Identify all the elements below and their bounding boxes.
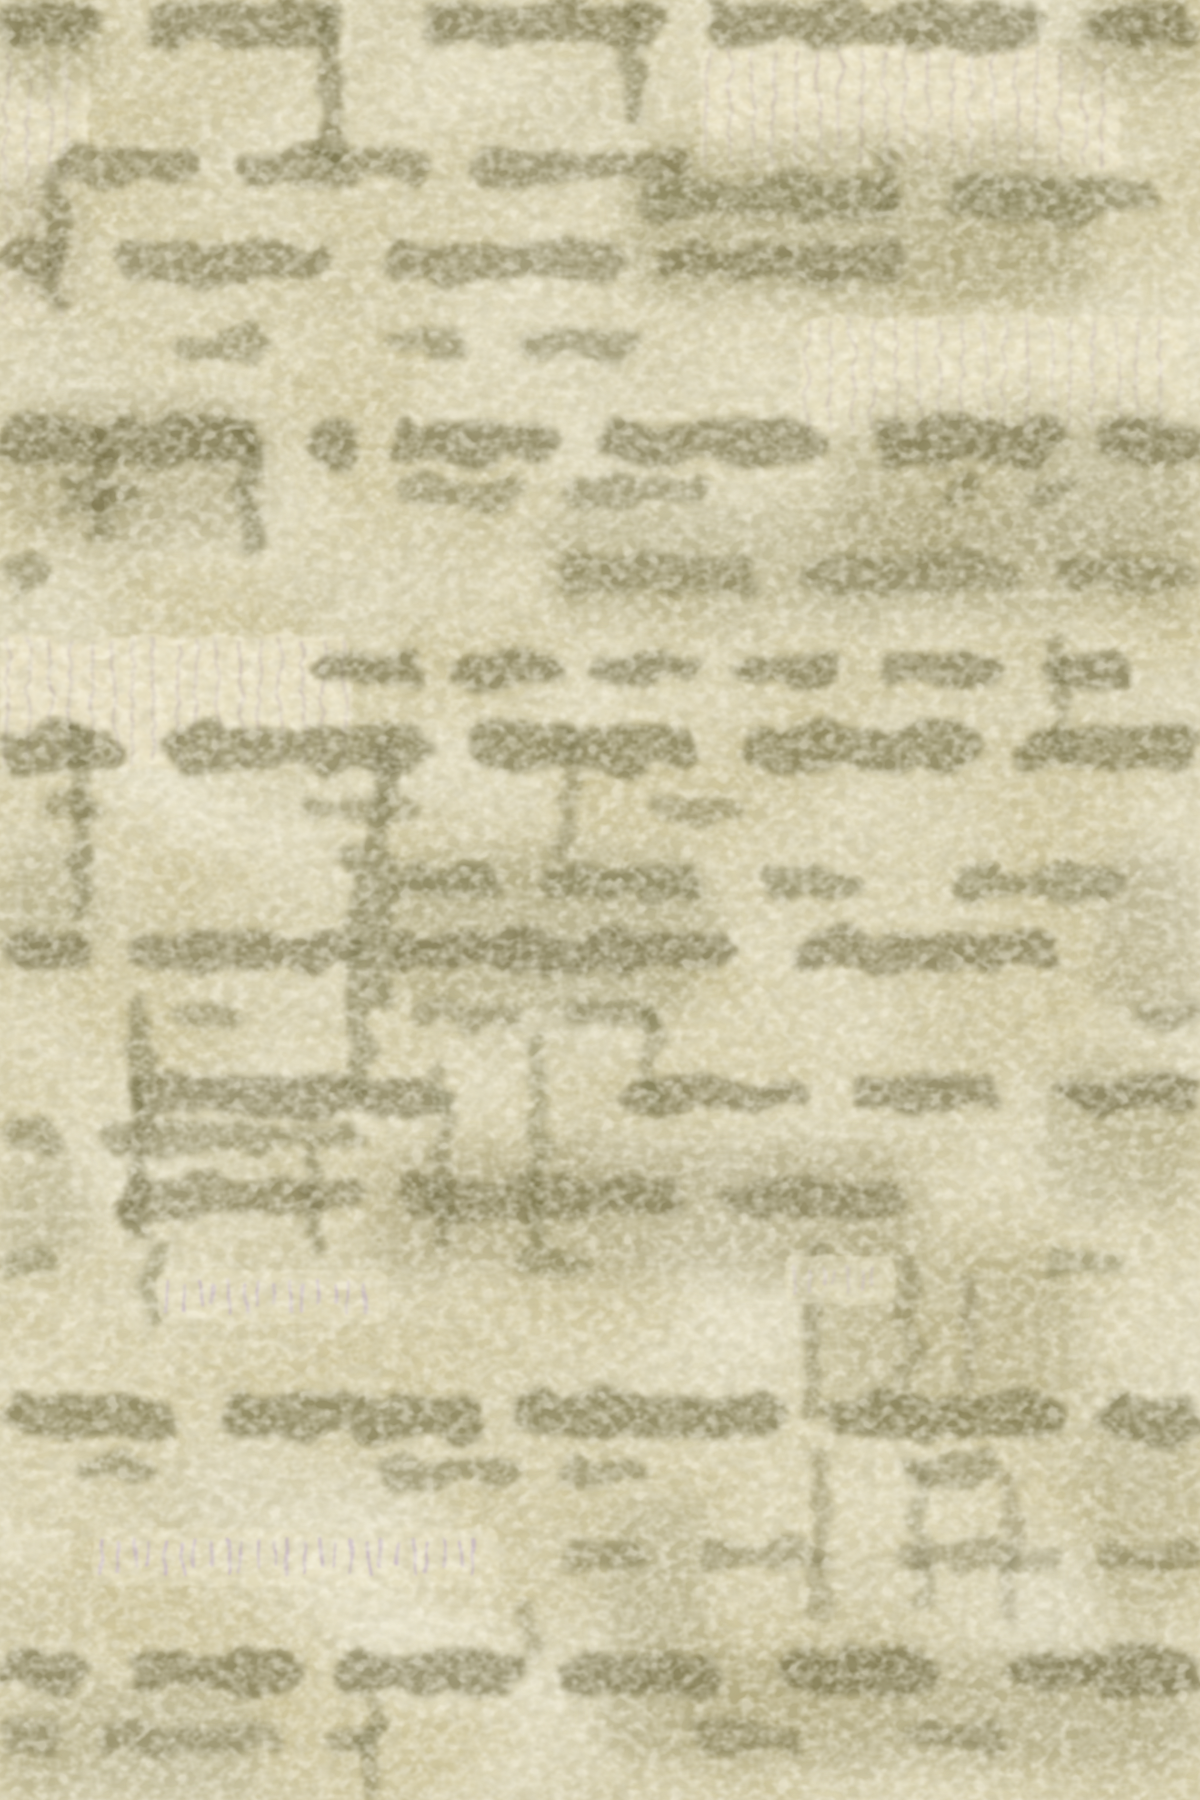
carpet-photo xyxy=(0,0,1200,1800)
fiber-shadows xyxy=(0,0,1200,1800)
carpet-photo-canvas xyxy=(0,0,1200,1800)
